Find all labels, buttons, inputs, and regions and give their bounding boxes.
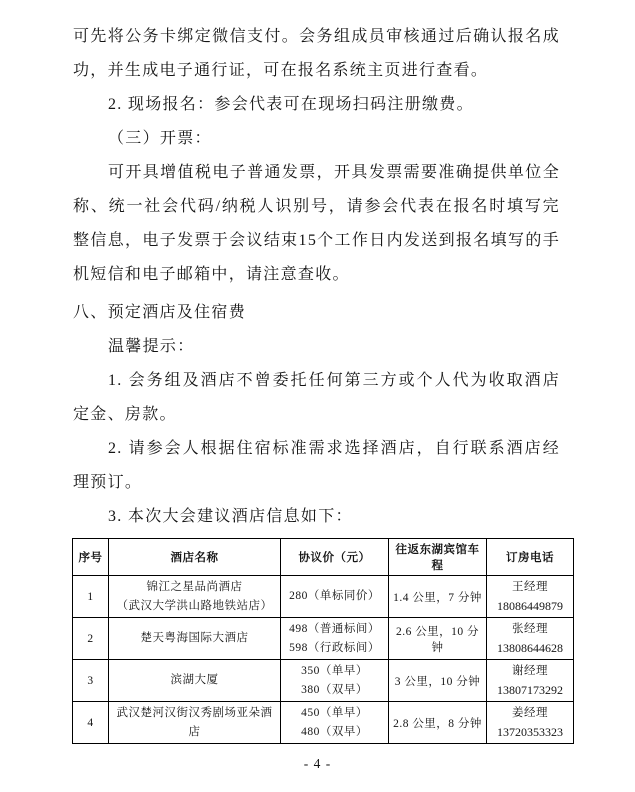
cell-index: 4 bbox=[73, 702, 109, 744]
paragraph-onsite-registration: 2. 现场报名：参会代表可在现场扫码注册缴费。 bbox=[73, 88, 560, 122]
hotel-table-header-row: 序号 酒店名称 协议价（元） 往返东湖宾馆车程 订房电话 bbox=[73, 539, 574, 576]
table-row: 1 锦江之星品尚酒店 （武汉大学洪山路地铁站店） 280（单标同价） 1.4 公… bbox=[73, 576, 574, 618]
paragraph-invoice-details: 可开具增值税电子普通发票，开具发票需要准确提供单位全称、统一社会代码/纳税人识别… bbox=[73, 156, 560, 292]
price-line: 598（行政标间） bbox=[283, 639, 386, 658]
table-row: 3 滨湖大厦 350（单早） 380（双早） 3 公里，10 分钟 谢经理 13… bbox=[73, 660, 574, 702]
contact-name: 王经理 bbox=[489, 578, 571, 597]
table-row: 2 楚天粤海国际大酒店 498（普通标间） 598（行政标间） 2.6 公里，1… bbox=[73, 618, 574, 660]
section-heading-hotel: 八、预定酒店及住宿费 bbox=[73, 296, 560, 330]
cell-price: 350（单早） 380（双早） bbox=[281, 660, 389, 702]
cell-hotel-name: 滨湖大厦 bbox=[109, 660, 281, 702]
contact-phone: 13808644628 bbox=[489, 639, 571, 658]
cell-phone: 张经理 13808644628 bbox=[487, 618, 574, 660]
header-booking-phone: 订房电话 bbox=[487, 539, 574, 576]
header-index: 序号 bbox=[73, 539, 109, 576]
cell-index: 2 bbox=[73, 618, 109, 660]
paragraph-tip-2: 2. 请参会人根据住宿标准需求选择酒店，自行联系酒店经理预订。 bbox=[73, 432, 560, 500]
contact-phone: 18086449879 bbox=[489, 597, 571, 616]
hotel-name-line: 滨湖大厦 bbox=[111, 671, 278, 690]
header-hotel-name: 酒店名称 bbox=[109, 539, 281, 576]
paragraph-payment-continuation: 可先将公务卡绑定微信支付。会务组成员审核通过后确认报名成功，并生成电子通行证，可… bbox=[73, 20, 560, 88]
price-line: 480（双早） bbox=[283, 723, 386, 742]
price-line: 380（双早） bbox=[283, 681, 386, 700]
cell-distance: 1.4 公里，7 分钟 bbox=[389, 576, 487, 618]
cell-distance: 2.6 公里，10 分钟 bbox=[389, 618, 487, 660]
hotel-name-line: （武汉大学洪山路地铁站店） bbox=[111, 597, 278, 616]
cell-phone: 谢经理 13807173292 bbox=[487, 660, 574, 702]
cell-phone: 姜经理 13720353323 bbox=[487, 702, 574, 744]
body-text: 可先将公务卡绑定微信支付。会务组成员审核通过后确认报名成功，并生成电子通行证，可… bbox=[73, 20, 560, 534]
contact-phone: 13807173292 bbox=[489, 681, 571, 700]
contact-name: 姜经理 bbox=[489, 704, 571, 723]
header-agreed-price: 协议价（元） bbox=[281, 539, 389, 576]
cell-hotel-name: 锦江之星品尚酒店 （武汉大学洪山路地铁站店） bbox=[109, 576, 281, 618]
hotel-name-line: 锦江之星品尚酒店 bbox=[111, 578, 278, 597]
price-line: 498（普通标间） bbox=[283, 620, 386, 639]
header-distance: 往返东湖宾馆车程 bbox=[389, 539, 487, 576]
contact-name: 谢经理 bbox=[489, 662, 571, 681]
price-line: 450（单早） bbox=[283, 704, 386, 723]
page-number: - 4 - bbox=[0, 756, 635, 772]
cell-index: 3 bbox=[73, 660, 109, 702]
cell-distance: 2.8 公里，8 分钟 bbox=[389, 702, 487, 744]
hotel-name-line: 楚天粤海国际大酒店 bbox=[111, 629, 278, 648]
hotel-table: 序号 酒店名称 协议价（元） 往返东湖宾馆车程 订房电话 1 锦江之星品尚酒店 … bbox=[72, 538, 574, 744]
contact-phone: 13720353323 bbox=[489, 723, 571, 742]
paragraph-invoice-heading: （三）开票： bbox=[73, 122, 560, 156]
document-page: 可先将公务卡绑定微信支付。会务组成员审核通过后确认报名成功，并生成电子通行证，可… bbox=[0, 0, 635, 792]
cell-price: 280（单标同价） bbox=[281, 576, 389, 618]
paragraph-tips-label: 温馨提示： bbox=[73, 330, 560, 364]
cell-hotel-name: 楚天粤海国际大酒店 bbox=[109, 618, 281, 660]
cell-hotel-name: 武汉楚河汉街汉秀剧场亚朵酒店 bbox=[109, 702, 281, 744]
cell-price: 450（单早） 480（双早） bbox=[281, 702, 389, 744]
paragraph-tip-3: 3. 本次大会建议酒店信息如下： bbox=[73, 500, 560, 534]
cell-distance: 3 公里，10 分钟 bbox=[389, 660, 487, 702]
contact-name: 张经理 bbox=[489, 620, 571, 639]
price-line: 280（单标同价） bbox=[283, 587, 386, 606]
table-row: 4 武汉楚河汉街汉秀剧场亚朵酒店 450（单早） 480（双早） 2.8 公里，… bbox=[73, 702, 574, 744]
cell-index: 1 bbox=[73, 576, 109, 618]
paragraph-tip-1: 1. 会务组及酒店不曾委托任何第三方或个人代为收取酒店定金、房款。 bbox=[73, 364, 560, 432]
hotel-name-line: 武汉楚河汉街汉秀剧场亚朵酒店 bbox=[111, 704, 278, 742]
price-line: 350（单早） bbox=[283, 662, 386, 681]
cell-phone: 王经理 18086449879 bbox=[487, 576, 574, 618]
cell-price: 498（普通标间） 598（行政标间） bbox=[281, 618, 389, 660]
